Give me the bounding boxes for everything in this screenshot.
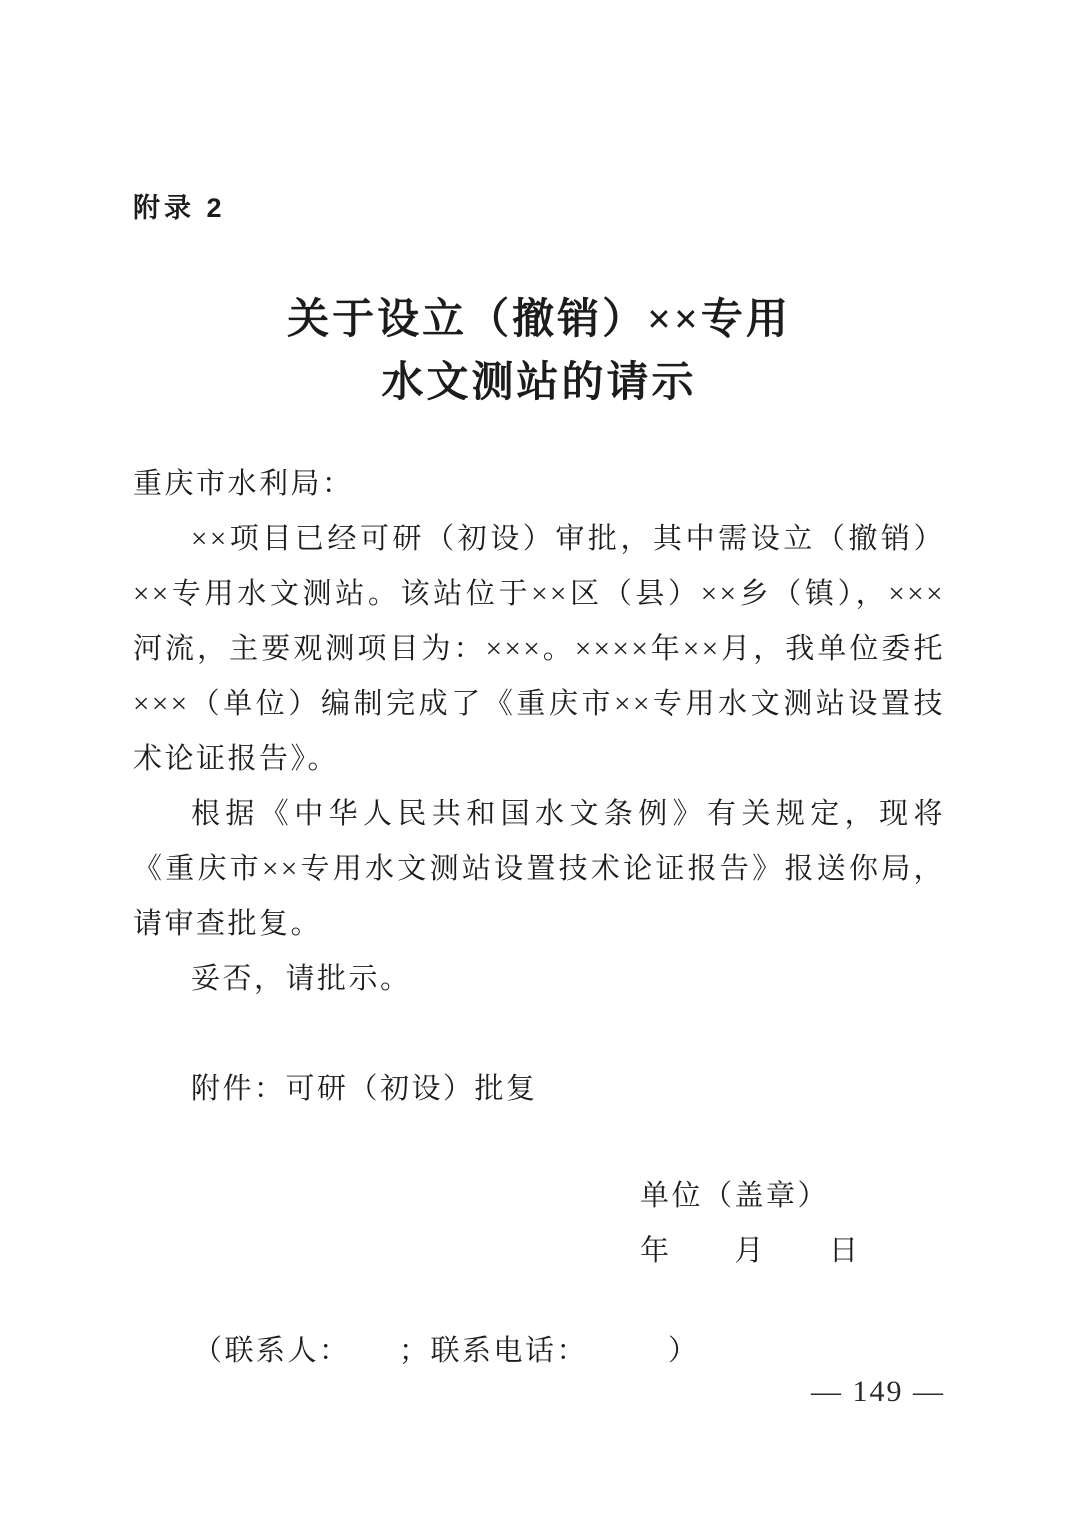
title-line-1: 关于设立（撤销）××专用: [133, 289, 945, 352]
body-paragraph-3: 妥否，请批示。: [133, 952, 945, 1007]
page-number: — 149 —: [811, 1375, 945, 1409]
document-page: 附录 2 关于设立（撤销）××专用 水文测站的请示 重庆市水利局： ××项目已经…: [0, 0, 1075, 1519]
document-title: 关于设立（撤销）××专用 水文测站的请示: [133, 289, 945, 415]
appendix-label: 附录 2: [133, 0, 945, 225]
signature-unit-line: 单位（盖章）: [640, 1169, 945, 1224]
signature-date-line: 年 月 日: [640, 1224, 945, 1279]
contact-line: （联系人： ；联系电话： ）: [193, 1324, 945, 1379]
document-body: 重庆市水利局： ××项目已经可研（初设）审批，其中需设立（撤销）××专用水文测站…: [133, 457, 945, 1007]
title-line-2: 水文测站的请示: [133, 352, 945, 415]
signature-block: 单位（盖章） 年 月 日: [640, 1169, 945, 1279]
body-paragraph-1: ××项目已经可研（初设）审批，其中需设立（撤销）××专用水文测站。该站位于××区…: [133, 512, 945, 787]
attachment-line: 附件：可研（初设）批复: [133, 1062, 945, 1117]
body-paragraph-2: 根据《中华人民共和国水文条例》有关规定，现将《重庆市××专用水文测站设置技术论证…: [133, 787, 945, 952]
salutation: 重庆市水利局：: [133, 457, 945, 512]
